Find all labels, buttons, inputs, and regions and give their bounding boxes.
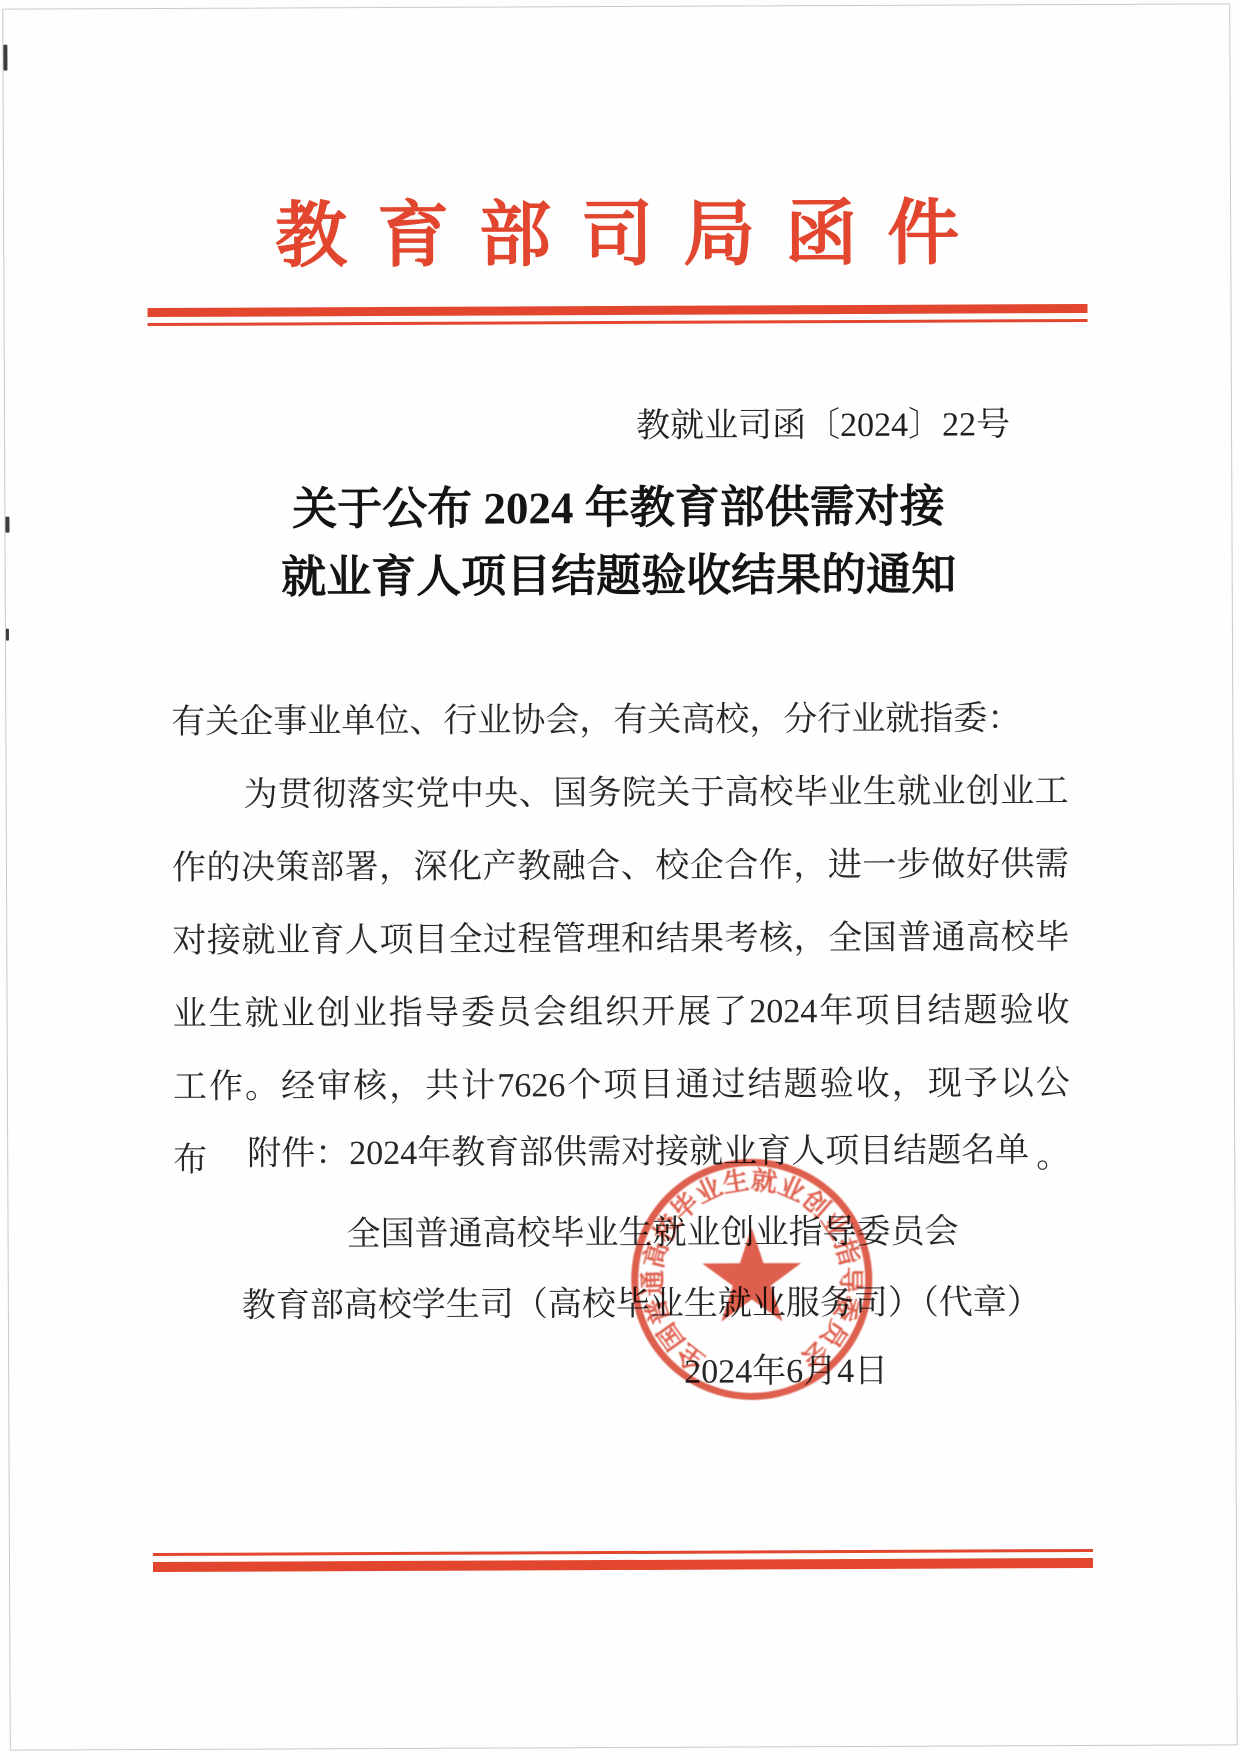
notice-title-line2: 就业育人项目结题验收结果的通知 (0, 539, 1239, 612)
scanned-document-page: 教育部司局函件 教就业司函〔2024〕22号 关于公布 2024 年教育部供需对… (0, 0, 1240, 1754)
body-paragraph-line: 为贯彻落实党中央、国务院关于高校毕业生就业创业工 (171, 755, 1068, 832)
official-red-seal: 全国普通高校毕业生就业创业指导委员会 (629, 1157, 874, 1402)
footer-rule-thin (153, 1549, 1093, 1556)
seal-graphic: 全国普通高校毕业生就业创业指导委员会 (629, 1157, 874, 1402)
notice-title: 关于公布 2024 年教育部供需对接 就业育人项目结题验收结果的通知 (0, 471, 1239, 612)
footer-rule-thick (153, 1558, 1093, 1572)
body-paragraph-line: 业生就业创业指导委员会组织开展了2024年项目结题验收 (172, 974, 1069, 1051)
document-number: 教就业司函〔2024〕22号 (636, 396, 1010, 447)
masthead-title: 教育部司局函件 (0, 173, 1237, 282)
notice-title-line1: 关于公布 2024 年教育部供需对接 (0, 471, 1239, 544)
seal-star-icon (702, 1227, 801, 1322)
document-sheet: 教育部司局函件 教就业司函〔2024〕22号 关于公布 2024 年教育部供需对… (0, 0, 1240, 1754)
masthead-rule-thin (148, 319, 1088, 326)
body-paragraph-line: 对接就业育人项目全过程管理和结果考核，全国普通高校毕 (172, 901, 1069, 978)
scan-artifact (3, 45, 7, 71)
salutation-line: 有关企事业单位、行业协会，有关高校，分行业就指委： (171, 682, 1068, 759)
masthead-rule-thick (148, 304, 1088, 317)
notice-body: 有关企事业单位、行业协会，有关高校，分行业就指委： 为贯彻落实党中央、国务院关于… (171, 682, 1070, 1197)
body-paragraph-line: 作的决策部署，深化产教融合、校企合作，进一步做好供需 (172, 828, 1069, 905)
scan-artifact (6, 629, 9, 641)
